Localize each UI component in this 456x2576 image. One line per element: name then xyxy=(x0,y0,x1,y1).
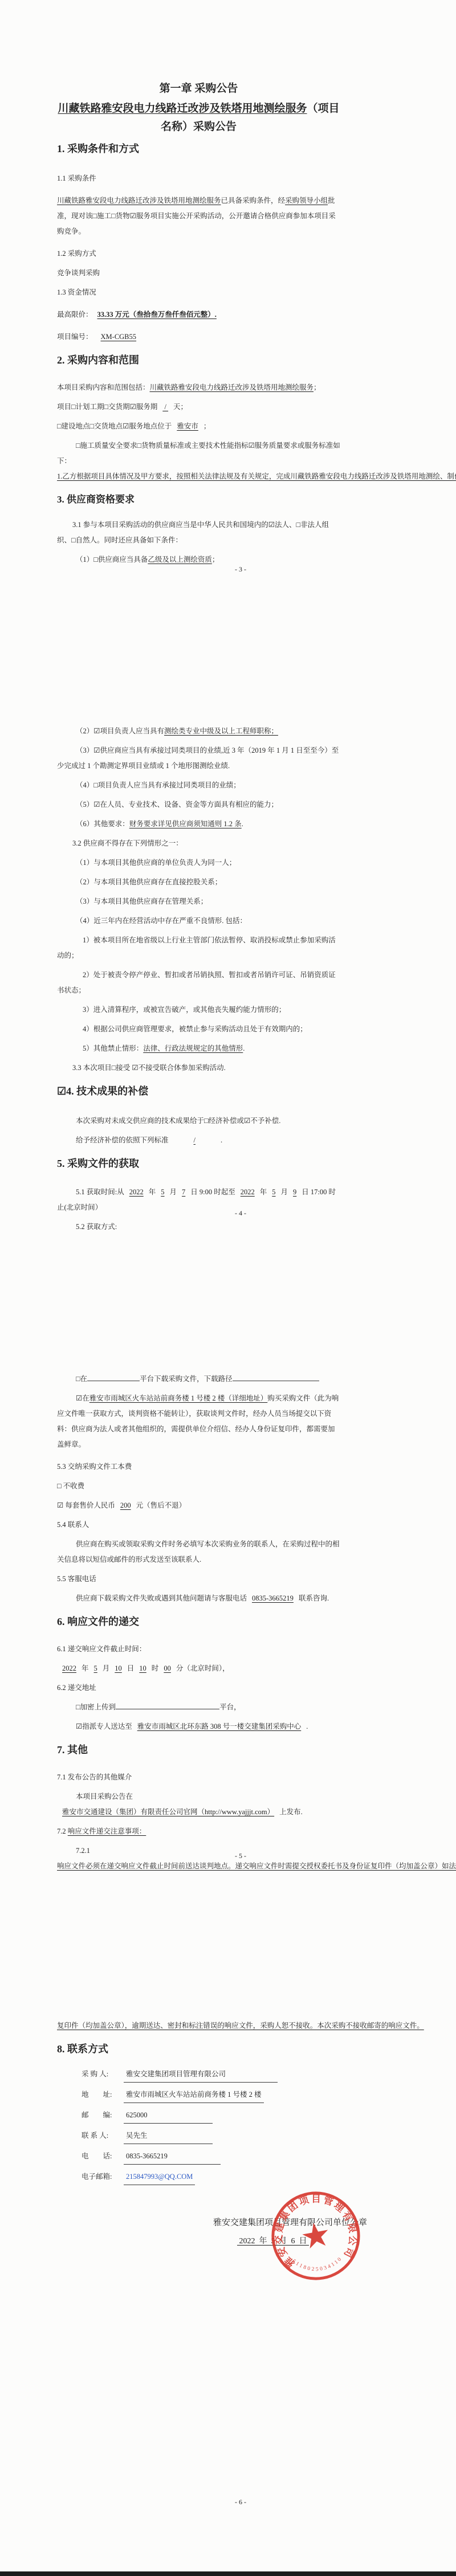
project-title: 川藏铁路雅安段电力线路迁改涉及铁塔用地测绘服务（项目名称）采购公告 xyxy=(57,100,340,136)
scope-line: 本项目采购内容和范围包括：川藏铁路雅安段电力线路迁改涉及铁塔用地测绘服务； xyxy=(57,380,340,395)
page-number-3: - 3 - xyxy=(227,565,254,574)
purchase-option-line: ☑在雅安市雨城区火车站站前商务楼 1 号楼 2 楼（详细地址）购买采购文件（此为… xyxy=(57,1391,340,1452)
quality-line: □施工质量安全要求□货物质量标准或主要技术性能指标☑服务质量要求或服务标准如下：… xyxy=(57,438,340,484)
supplier-req-2: （2）☑项目负责人应当具有测绘类专业中级及以上工程师职称； xyxy=(57,724,340,739)
clause-1-1-body: 川藏铁路雅安段电力线路迁改涉及铁塔用地测绘服务已具备采购条件，经采购领导小组批准… xyxy=(57,193,340,239)
contact-person-value: 吴先生 xyxy=(124,2128,213,2144)
clause-1-2-heading: 1.2 采购方式 xyxy=(57,246,340,262)
contact-row-email: 电子邮箱:215847993@QQ.COM xyxy=(82,2169,340,2185)
zipcode-value: 625000 xyxy=(124,2108,213,2124)
page-number-6: - 6 - xyxy=(227,2498,254,2506)
section-8-heading: 8. 联系方式 xyxy=(57,2040,340,2057)
service-phone-line: 供应商下载采购文件失败或遇到其他问题请与客服电话0835-3665219联系咨询… xyxy=(57,1591,340,1606)
bad-record-2: 2）处于被责令停产停业、暂扣或者吊销执照、暂扣或者吊销许可证、吊销资质证书状态； xyxy=(57,967,340,998)
project-code-value: XM-CGB55 xyxy=(93,333,145,341)
contact-row-purchaser: 采 购 人:雅安交建集团项目管理有限公司 xyxy=(82,2067,340,2083)
clause-1-3-heading: 1.3 资金情况 xyxy=(57,285,340,300)
bottom-edge-bar xyxy=(0,2571,456,2576)
page-5: □在平台下载采购文件，下载路径 ☑在雅安市雨城区火车站站前商务楼 1 号楼 2 … xyxy=(57,1371,340,1874)
project-code-line: 项目编号：XM-CGB55 xyxy=(57,329,340,345)
phone-value: 0835-3665219 xyxy=(124,2149,221,2165)
prohibited-2: （2）与本项目其他供应商存在直接控股关系； xyxy=(57,875,340,890)
page-6: 复印件（均加盖公章），逾期送达、密封和标注错误的响应文件，采购人恕不接收。本次采… xyxy=(57,2018,340,2185)
price-limit-line: 最高限价：33.33 万元（叁拾叁万叁仟叁佰元整）. xyxy=(57,307,340,322)
bad-record-3: 3）进入清算程序，或被宣告破产，或其他丧失履约能力情形的； xyxy=(57,1002,340,1018)
section-7-heading: 7. 其他 xyxy=(57,1741,340,1758)
delivery-option-line: ☑指派专人送达至雅安市雨城区北环东路 308 号一楼交建集团采购中心. xyxy=(57,1719,340,1734)
page-number-4: - 4 - xyxy=(227,1209,254,1218)
compensation-line-2: 给予经济补偿的依照下列标准/. xyxy=(57,1133,340,1148)
clause-3-3-line: 3.3 本次项目□接受 ☑不接受联合体参加采购活动. xyxy=(57,1060,340,1076)
clause-7-2-1-continuation: 复印件（均加盖公章），逾期送达、密封和标注错误的响应文件，采购人恕不接收。本次采… xyxy=(57,2018,340,2034)
compensation-line-1: 本次采购对未成交供应商的技术成果给于□经济补偿或☑不予补偿. xyxy=(57,1113,340,1129)
clause-5-5-heading: 5.5 客服电话 xyxy=(57,1571,340,1587)
contact-row-address: 地 址:雅安市雨城区火车站站前商务楼 1 号楼 2 楼 xyxy=(82,2087,340,2103)
page-4: （2）☑项目负责人应当具有测绘类专业中级及以上工程师职称； （3）☑供应商应当具… xyxy=(57,724,340,1235)
section-3-heading: 3. 供应商资格要求 xyxy=(57,491,340,508)
prohibited-4: （4）近三年内在经营活动中存在严重不良情形. 包括： xyxy=(57,913,340,929)
official-seal: 雅安交建集团项目管理有限公司 5118025034110 ★ xyxy=(260,2181,372,2292)
project-name-underlined: 川藏铁路雅安段电力线路迁改涉及铁塔用地测绘服务 xyxy=(58,103,307,115)
prohibited-1: （1）与本项目其他供应商的单位负责人为同一人； xyxy=(57,855,340,871)
contact-row-zipcode: 邮 编:625000 xyxy=(82,2108,340,2124)
clause-7-2-heading: 7.2 响应文件递交注意事项： xyxy=(57,1824,340,1839)
download-option-line: □在平台下载采购文件，下载路径 xyxy=(57,1371,340,1387)
page-3: 第一章 采购公告 川藏铁路雅安段电力线路迁改涉及铁塔用地测绘服务（项目名称）采购… xyxy=(57,73,340,568)
obtain-method-heading: 5.2 获取方式: xyxy=(57,1219,340,1235)
supplier-req-1: （1）□供应商应当具备乙级及以上测绘资质； xyxy=(57,552,340,568)
price-limit-value: 33.33 万元（叁拾叁万叁仟叁佰元整）. xyxy=(93,311,221,319)
clause-7-1-heading: 7.1 发布公告的其他媒介 xyxy=(57,1770,340,1785)
prohibited-3: （3）与本项目其他供应商存在管理关系； xyxy=(57,894,340,909)
chapter-heading: 第一章 采购公告 xyxy=(57,81,340,96)
blank-upload-platform xyxy=(116,1701,219,1709)
bad-record-1: 1）被本项目所在地省级以上行业主管部门依法暂停、取消投标或禁止参加采购活动的； xyxy=(57,933,340,964)
clause-3-2-heading: 3.2 供应商不得存在下列情形之一： xyxy=(57,836,340,851)
section-2-heading: 2. 采购内容和范围 xyxy=(57,352,340,369)
period-line: 项目□计划工期□交货期☑服务期 / 天； xyxy=(57,399,340,415)
clause-7-2-1-body: 7.2.1 响应文件必须在递交响应文件截止时间前送达谈判地点。递交响应文件时需提… xyxy=(57,1843,340,1874)
purchaser-value: 雅安交建集团项目管理有限公司 xyxy=(124,2067,278,2083)
clause-5-3-heading: 5.3 交纳采购文件工本费 xyxy=(57,1459,340,1475)
scanned-procurement-document: 第一章 采购公告 川藏铁路雅安段电力线路迁改涉及铁塔用地测绘服务（项目名称）采购… xyxy=(0,0,456,2576)
obtain-time-line: 5.1 获取时间:从2022年5月7日 9:00 时起至2022年5月9日 17… xyxy=(57,1185,340,1215)
fee-free-option: □ 不收费 xyxy=(57,1479,340,1494)
supplier-req-4: （4）□项目负责人应当具有承接过同类项目的业绩； xyxy=(57,778,340,793)
clause-6-1-heading: 6.1 递交响应文件截止时间： xyxy=(57,1642,340,1657)
contact-person-para: 供应商在购买或领取采购文件时务必填写本次采购业务的联系人，在采购过程中的相关信息… xyxy=(57,1537,340,1567)
supplier-req-5: （5）☑在人员、专业技术、设备、资金等方面具有相应的能力； xyxy=(57,797,340,813)
procurement-method: 竞争谈判采购 xyxy=(57,266,340,281)
section-1-heading: 1. 采购条件和方式 xyxy=(57,140,340,157)
section-5-heading: 5. 采购文件的获取 xyxy=(57,1155,340,1172)
clause-6-2-heading: 6.2 递交地址 xyxy=(57,1680,340,1696)
supplier-req-6: （6）其他要求：财务要求详见供应商须知通则 1.2 条. xyxy=(57,817,340,832)
blank-download-path xyxy=(233,1373,319,1381)
publish-media-line: 本项目采购公告在雅安市交通建设（集团）有限责任公司官网（http://www.y… xyxy=(57,1789,340,1820)
page-number-5: - 5 - xyxy=(227,1852,254,1860)
clause-1-1-heading: 1.1 采购条件 xyxy=(57,171,340,186)
fee-paid-option: ☑ 每套售价人民币200元（售后不退） xyxy=(57,1498,340,1513)
contact-row-person: 联 系 人:吴先生 xyxy=(82,2128,340,2144)
section-6-heading: 6. 响应文件的递交 xyxy=(57,1613,340,1630)
blank-platform-name xyxy=(87,1373,140,1381)
upload-option-line: □加密上传到平台， xyxy=(57,1700,340,1715)
address-value: 雅安市雨城区火车站站前商务楼 1 号楼 2 楼 xyxy=(124,2087,264,2103)
contact-row-phone: 电 话:0835-3665219 xyxy=(82,2149,340,2165)
supplier-req-3: （3）☑供应商应当具有承接过同类项目的业绩,近 3 年（2019 年 1 月 1… xyxy=(57,743,340,774)
bad-record-4: 4）根据公司供应商管理要求，被禁止参与采购活动且处于有效期内的； xyxy=(57,1022,340,1037)
clause-3-1-body: 3.1 参与本项目采购活动的供应商应当是中华人民共和国境内的☑法人、□非法人组织… xyxy=(57,517,340,548)
location-line: □建设地点□交货地点☑服务地点位于雅安市； xyxy=(57,419,340,434)
star-icon: ★ xyxy=(298,2215,334,2257)
deadline-line: 2022年5月10日10时00分（北京时间）， xyxy=(57,1661,340,1676)
email-link[interactable]: 215847993@QQ.COM xyxy=(124,2169,195,2185)
bad-record-5: 5）其他禁止情形：法律、行政法规规定的其他情形. xyxy=(57,1041,340,1056)
section-4-heading: ☑4. 技术成果的补偿 xyxy=(57,1083,340,1100)
clause-5-4-heading: 5.4 联系人 xyxy=(57,1517,340,1533)
